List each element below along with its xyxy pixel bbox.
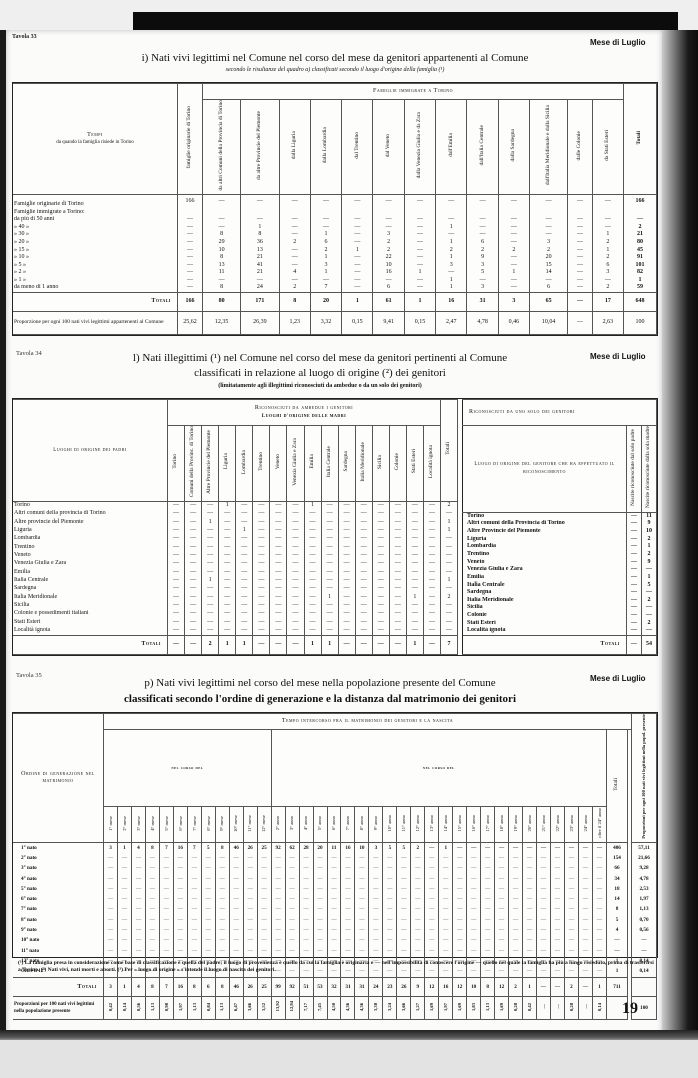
cell: 0,56 bbox=[131, 997, 145, 1020]
cell: 2 bbox=[373, 247, 404, 255]
table-p-title-line2: classificati secondo l'ordine di generaz… bbox=[60, 693, 580, 705]
cell: — bbox=[338, 518, 355, 526]
cell: — bbox=[145, 915, 159, 925]
cell: — bbox=[168, 636, 185, 655]
cell: — bbox=[310, 216, 341, 224]
cell: — bbox=[564, 854, 578, 864]
cell: 1 bbox=[592, 978, 606, 997]
cell: — bbox=[341, 895, 355, 905]
cell: — bbox=[369, 885, 383, 895]
cell: 1 bbox=[436, 254, 467, 262]
cell: — bbox=[341, 905, 355, 915]
cell: — bbox=[304, 535, 321, 543]
row-label: Italia Centrale bbox=[13, 577, 168, 585]
row-total: 5 bbox=[607, 915, 628, 925]
col-label: 1° mese bbox=[107, 816, 115, 831]
cell: — bbox=[145, 874, 159, 884]
cell: — bbox=[495, 843, 509, 854]
cell: — bbox=[159, 874, 173, 884]
cell: — bbox=[270, 585, 287, 593]
col-label: 3° mese bbox=[135, 816, 143, 831]
cell: — bbox=[383, 854, 397, 864]
cell: 7,45 bbox=[313, 997, 327, 1020]
month-label: Mese di Luglio bbox=[590, 674, 646, 683]
cell: — bbox=[404, 231, 435, 239]
cell: 8 bbox=[215, 843, 229, 854]
cell: 15 bbox=[530, 262, 568, 270]
cell: — bbox=[627, 543, 642, 551]
cell: — bbox=[341, 936, 355, 946]
cell: 8 bbox=[203, 231, 241, 239]
col-header: dalla Sardegna bbox=[498, 100, 529, 195]
row-label: 8° nato bbox=[13, 915, 104, 925]
col-label: da Stati Esteri bbox=[604, 130, 612, 161]
cell: — bbox=[285, 854, 299, 864]
cell: — bbox=[253, 543, 270, 551]
cell: — bbox=[202, 552, 219, 560]
cell: — bbox=[321, 585, 338, 593]
cell: — bbox=[372, 626, 389, 635]
row-label: Altri comuni della provincia di Torino bbox=[13, 510, 168, 518]
cell: — bbox=[178, 224, 203, 232]
cell: — bbox=[383, 905, 397, 915]
cell: 2 bbox=[411, 843, 425, 854]
cell: — bbox=[271, 905, 285, 915]
proportions-label: Proporzione per ogni 100 nati vivi legit… bbox=[13, 312, 178, 335]
cell: — bbox=[168, 535, 185, 543]
cell: — bbox=[341, 885, 355, 895]
cell: — bbox=[568, 195, 592, 209]
row-total: — bbox=[607, 936, 628, 946]
cell: — bbox=[439, 895, 453, 905]
cell: — bbox=[270, 510, 287, 518]
cell: — bbox=[404, 247, 435, 255]
cell: — bbox=[203, 277, 241, 285]
col-header: dal Veneto bbox=[373, 100, 404, 195]
col-label: Liguria bbox=[223, 453, 231, 469]
cell: — bbox=[104, 864, 118, 874]
cell: 1 bbox=[202, 518, 219, 526]
cell: — bbox=[568, 239, 592, 247]
cell: — bbox=[467, 926, 481, 936]
cell: — bbox=[338, 636, 355, 655]
cell: — bbox=[219, 527, 236, 535]
col-label: 12° anno bbox=[414, 815, 422, 832]
cell: — bbox=[304, 593, 321, 601]
cell: — bbox=[338, 593, 355, 601]
cell: — bbox=[287, 543, 304, 551]
cell: — bbox=[131, 905, 145, 915]
cell: — bbox=[537, 915, 551, 925]
cell: 166 bbox=[178, 195, 203, 209]
proportions-row: Proporzione per ogni 100 nati vivi legit… bbox=[13, 312, 657, 335]
cell: — bbox=[495, 905, 509, 915]
col-header: dalla Lombardia bbox=[310, 100, 341, 195]
cell: — bbox=[253, 626, 270, 635]
cell bbox=[592, 209, 623, 217]
cell: — bbox=[397, 926, 411, 936]
cell: — bbox=[173, 854, 187, 864]
col-label: dall'Emilia bbox=[448, 133, 456, 157]
cell: — bbox=[423, 601, 440, 609]
cell: — bbox=[201, 885, 215, 895]
cell: 7 bbox=[187, 843, 201, 854]
cell: 31 bbox=[341, 978, 355, 997]
cell: — bbox=[578, 926, 592, 936]
cell: — bbox=[355, 552, 372, 560]
cell: 3 bbox=[530, 239, 568, 247]
cell: — bbox=[285, 864, 299, 874]
cell: — bbox=[145, 905, 159, 915]
cell: — bbox=[467, 885, 481, 895]
cell: 31 bbox=[355, 978, 369, 997]
row-total: 66 bbox=[607, 864, 628, 874]
cell-value: 1,97 bbox=[442, 1003, 450, 1011]
cell-value: 0,98 bbox=[163, 1003, 171, 1011]
cell: 91 bbox=[624, 254, 657, 262]
cell: 1,13 bbox=[187, 997, 201, 1020]
cell: — bbox=[509, 854, 523, 864]
cell: — bbox=[425, 905, 439, 915]
cell: — bbox=[299, 926, 313, 936]
cell: — bbox=[372, 601, 389, 609]
table-row: 10° nato————————————————————————————————… bbox=[13, 936, 657, 946]
cell: 2 bbox=[564, 978, 578, 997]
cell: 5 bbox=[383, 843, 397, 854]
cell: — bbox=[481, 915, 495, 925]
cell: 16 bbox=[439, 978, 453, 997]
cell: — bbox=[406, 518, 423, 526]
cell: 7,17 bbox=[299, 997, 313, 1020]
cell bbox=[373, 209, 404, 217]
cell: — bbox=[564, 895, 578, 905]
cell: — bbox=[406, 618, 423, 626]
col-header-year: 20° anno bbox=[523, 807, 537, 843]
cell: — bbox=[439, 905, 453, 915]
table-row: » 40 »——1—————1—————2 bbox=[13, 224, 657, 232]
cell: — bbox=[642, 627, 657, 635]
cell: — bbox=[257, 874, 271, 884]
cell: — bbox=[551, 874, 565, 884]
cell: — bbox=[406, 535, 423, 543]
group-header-line2: Luoghi d'origine delle madri bbox=[169, 413, 439, 421]
cell: — bbox=[372, 577, 389, 585]
cell: — bbox=[453, 915, 467, 925]
col-header: Venezia Giulia e Zara bbox=[287, 426, 304, 502]
col-label: Totali bbox=[445, 442, 453, 455]
cell: — bbox=[481, 854, 495, 864]
col-label: 13° anno bbox=[428, 815, 436, 832]
cell: — bbox=[145, 854, 159, 864]
cell: — bbox=[321, 618, 338, 626]
row-label: Torino bbox=[13, 501, 168, 510]
cell: 10 bbox=[467, 978, 481, 997]
cell: — bbox=[187, 854, 201, 864]
cell: 0,14 bbox=[592, 997, 606, 1020]
col-header: Veneto bbox=[270, 426, 287, 502]
cell: 3,32 bbox=[310, 312, 341, 335]
cell: — bbox=[355, 626, 372, 635]
cell: 1 bbox=[406, 593, 423, 601]
cell: — bbox=[321, 518, 338, 526]
cell: — bbox=[253, 560, 270, 568]
cell: — bbox=[578, 936, 592, 946]
cell: — bbox=[257, 915, 271, 925]
cell: — bbox=[498, 262, 529, 270]
totals-label: Totali bbox=[13, 293, 178, 312]
cell: 10 bbox=[355, 843, 369, 854]
table-row: Sardegna—— bbox=[463, 589, 657, 597]
cell: — bbox=[568, 312, 592, 335]
cell: — bbox=[423, 501, 440, 510]
cell: — bbox=[299, 915, 313, 925]
cell: — bbox=[397, 895, 411, 905]
cell: 1 bbox=[241, 224, 279, 232]
table-row: Torino—11 bbox=[463, 512, 657, 520]
table-row: Altri comuni della provincia di Torino——… bbox=[13, 510, 458, 518]
cell: — bbox=[411, 874, 425, 884]
cell: — bbox=[271, 854, 285, 864]
col-header: dalla Liguria bbox=[279, 100, 310, 195]
cell: — bbox=[481, 843, 495, 854]
row-label: 6° nato bbox=[13, 895, 104, 905]
col-label: 19° anno bbox=[512, 815, 520, 832]
cell: — bbox=[568, 284, 592, 292]
cell: — bbox=[467, 216, 498, 224]
cell: 1,69 bbox=[495, 997, 509, 1020]
cell: — bbox=[498, 239, 529, 247]
table-row: Altri comuni della Provincia di Torino—9 bbox=[463, 520, 657, 528]
cell: — bbox=[187, 905, 201, 915]
cell: 1,13 bbox=[215, 997, 229, 1020]
table-row: Venezia Giulia e Zara————————————————— bbox=[13, 560, 458, 568]
cell: — bbox=[236, 568, 253, 576]
cell: 1 bbox=[441, 518, 458, 526]
cell-value: 0,56 bbox=[135, 1003, 143, 1011]
cell: — bbox=[159, 926, 173, 936]
cell: — bbox=[185, 610, 202, 618]
cell: — bbox=[202, 543, 219, 551]
row-proportion: 1,13 bbox=[632, 905, 657, 915]
cell: 166 bbox=[624, 195, 657, 209]
cell: 17 bbox=[592, 293, 623, 312]
cell: — bbox=[279, 254, 310, 262]
row-label: Italia Meridionale bbox=[463, 597, 627, 605]
cell: — bbox=[253, 610, 270, 618]
cell: 1 bbox=[321, 636, 338, 655]
cell: — bbox=[168, 601, 185, 609]
cell: — bbox=[304, 577, 321, 585]
cell: — bbox=[253, 552, 270, 560]
cell: 4 bbox=[131, 978, 145, 997]
cell: — bbox=[530, 231, 568, 239]
cell bbox=[342, 209, 373, 217]
cell: — bbox=[389, 510, 406, 518]
cell-value: 3,66 bbox=[246, 1003, 254, 1011]
cell: — bbox=[229, 936, 243, 946]
cell: — bbox=[117, 854, 131, 864]
cell: — bbox=[592, 216, 623, 224]
row-label: » 1 » bbox=[13, 277, 178, 285]
table-row: Altre Provincie del Piemonte—10 bbox=[463, 528, 657, 536]
col-label: 2° mese bbox=[121, 816, 129, 831]
cell: — bbox=[523, 854, 537, 864]
table-p-subgroup-years: nel corso del bbox=[271, 730, 606, 807]
cell: — bbox=[185, 601, 202, 609]
cell: 1 bbox=[436, 224, 467, 232]
cell: 80 bbox=[624, 239, 657, 247]
cell: — bbox=[271, 915, 285, 925]
cell: — bbox=[270, 560, 287, 568]
cell: — bbox=[342, 269, 373, 277]
cell: — bbox=[285, 905, 299, 915]
cell: 3,52 bbox=[257, 997, 271, 1020]
cell: — bbox=[389, 618, 406, 626]
cell: — bbox=[355, 946, 369, 956]
cell: — bbox=[304, 601, 321, 609]
cell: — bbox=[389, 552, 406, 560]
cell: — bbox=[411, 926, 425, 936]
table-row: » 15 »—1013—212—2222—145 bbox=[13, 247, 657, 255]
cell: — bbox=[498, 254, 529, 262]
cell: — bbox=[383, 926, 397, 936]
cell: — bbox=[551, 854, 565, 864]
cell-value: — bbox=[554, 1004, 562, 1009]
col-header-month: 3° mese bbox=[131, 807, 145, 843]
cell: — bbox=[383, 936, 397, 946]
cell: — bbox=[423, 593, 440, 601]
cell: — bbox=[185, 560, 202, 568]
col-label: oltre il 24° anno bbox=[596, 808, 604, 838]
row-label: Sicilia bbox=[463, 604, 627, 612]
month-label: Mese di Luglio bbox=[590, 352, 646, 361]
cell: — bbox=[551, 926, 565, 936]
cell: 16 bbox=[436, 293, 467, 312]
cell: — bbox=[215, 946, 229, 956]
table-row: Italia Centrale——1—————————————1 bbox=[13, 577, 458, 585]
cell: 1 bbox=[642, 543, 657, 551]
col-header-year: 8° anno bbox=[355, 807, 369, 843]
col-header: Emilia bbox=[304, 426, 321, 502]
cell: — bbox=[564, 946, 578, 956]
row-total: 154 bbox=[607, 854, 628, 864]
cell: — bbox=[397, 864, 411, 874]
col-label: Torino bbox=[172, 454, 180, 469]
cell: 9 bbox=[642, 520, 657, 528]
cell: 8 bbox=[481, 978, 495, 997]
cell: — bbox=[404, 195, 435, 209]
cell-value: 1,13 bbox=[218, 1003, 226, 1011]
cell: — bbox=[338, 552, 355, 560]
table-row: Famiglie originarie di Torino166————————… bbox=[13, 195, 657, 209]
cell: — bbox=[642, 612, 657, 620]
cell: — bbox=[369, 874, 383, 884]
cell: — bbox=[481, 946, 495, 956]
cell: 1 bbox=[310, 254, 341, 262]
table-row: da meno di 1 anno—82427—6—13—6—259 bbox=[13, 284, 657, 292]
cell: — bbox=[304, 510, 321, 518]
cell: — bbox=[187, 895, 201, 905]
cell: — bbox=[342, 277, 373, 285]
cell: 1,97 bbox=[439, 997, 453, 1020]
cell: — bbox=[159, 895, 173, 905]
cell: — bbox=[467, 895, 481, 905]
cell: — bbox=[578, 905, 592, 915]
cell: 1 bbox=[310, 231, 341, 239]
cell: — bbox=[389, 636, 406, 655]
cell: — bbox=[203, 195, 241, 209]
cell: 1 bbox=[592, 231, 623, 239]
cell: — bbox=[355, 864, 369, 874]
cell: 1 bbox=[642, 574, 657, 582]
table-row: Sicilia—— bbox=[463, 604, 657, 612]
cell: — bbox=[287, 552, 304, 560]
cell: — bbox=[578, 978, 592, 997]
cell-value: 4,36 bbox=[358, 1003, 366, 1011]
cell: 1 bbox=[117, 978, 131, 997]
cell: — bbox=[425, 936, 439, 946]
cell: — bbox=[551, 843, 565, 854]
cell: — bbox=[642, 604, 657, 612]
cell: 13 bbox=[203, 262, 241, 270]
cell: — bbox=[203, 216, 241, 224]
col-label: 9° anno bbox=[372, 816, 380, 830]
cell: — bbox=[425, 843, 439, 854]
col-header-year: 4° anno bbox=[299, 807, 313, 843]
cell: — bbox=[201, 936, 215, 946]
col-header-year: 10° anno bbox=[383, 807, 397, 843]
cell: — bbox=[537, 885, 551, 895]
cell: — bbox=[299, 895, 313, 905]
cell: — bbox=[270, 636, 287, 655]
table-i-frame: Tempi da quando la famiglia risiede in T… bbox=[12, 82, 658, 336]
row-total: 4 bbox=[607, 926, 628, 936]
proportions-label: Proporzioni per 100 nati vivi legittimi … bbox=[13, 997, 104, 1020]
cell: — bbox=[187, 946, 201, 956]
col-header-month: 6° mese bbox=[173, 807, 187, 843]
cell: — bbox=[270, 618, 287, 626]
cell: — bbox=[453, 864, 467, 874]
cell: 99 bbox=[271, 978, 285, 997]
table-row: Località ignota————————————————— bbox=[13, 626, 458, 635]
row-label: Colonie bbox=[463, 612, 627, 620]
cell: — bbox=[236, 610, 253, 618]
cell: — bbox=[117, 905, 131, 915]
cell: 2 bbox=[373, 239, 404, 247]
col-label: Nascite riconosciute dalla sola madre bbox=[645, 426, 653, 508]
cell: — bbox=[173, 946, 187, 956]
cell: 25 bbox=[257, 978, 271, 997]
cell: — bbox=[236, 535, 253, 543]
cell: — bbox=[327, 885, 341, 895]
cell: 4,50 bbox=[327, 997, 341, 1020]
cell: — bbox=[467, 905, 481, 915]
cell: — bbox=[389, 626, 406, 635]
cell: — bbox=[425, 895, 439, 905]
cell: — bbox=[173, 926, 187, 936]
page-number: 19 bbox=[622, 1000, 638, 1018]
cell: — bbox=[270, 577, 287, 585]
cell: — bbox=[201, 895, 215, 905]
cell: 9,41 bbox=[373, 312, 404, 335]
cell: 7 bbox=[159, 843, 173, 854]
cell: — bbox=[406, 552, 423, 560]
cell: — bbox=[341, 864, 355, 874]
col-header-totals: Totali bbox=[607, 730, 628, 843]
cell: — bbox=[355, 577, 372, 585]
cell: — bbox=[537, 854, 551, 864]
cell: 65 bbox=[530, 293, 568, 312]
